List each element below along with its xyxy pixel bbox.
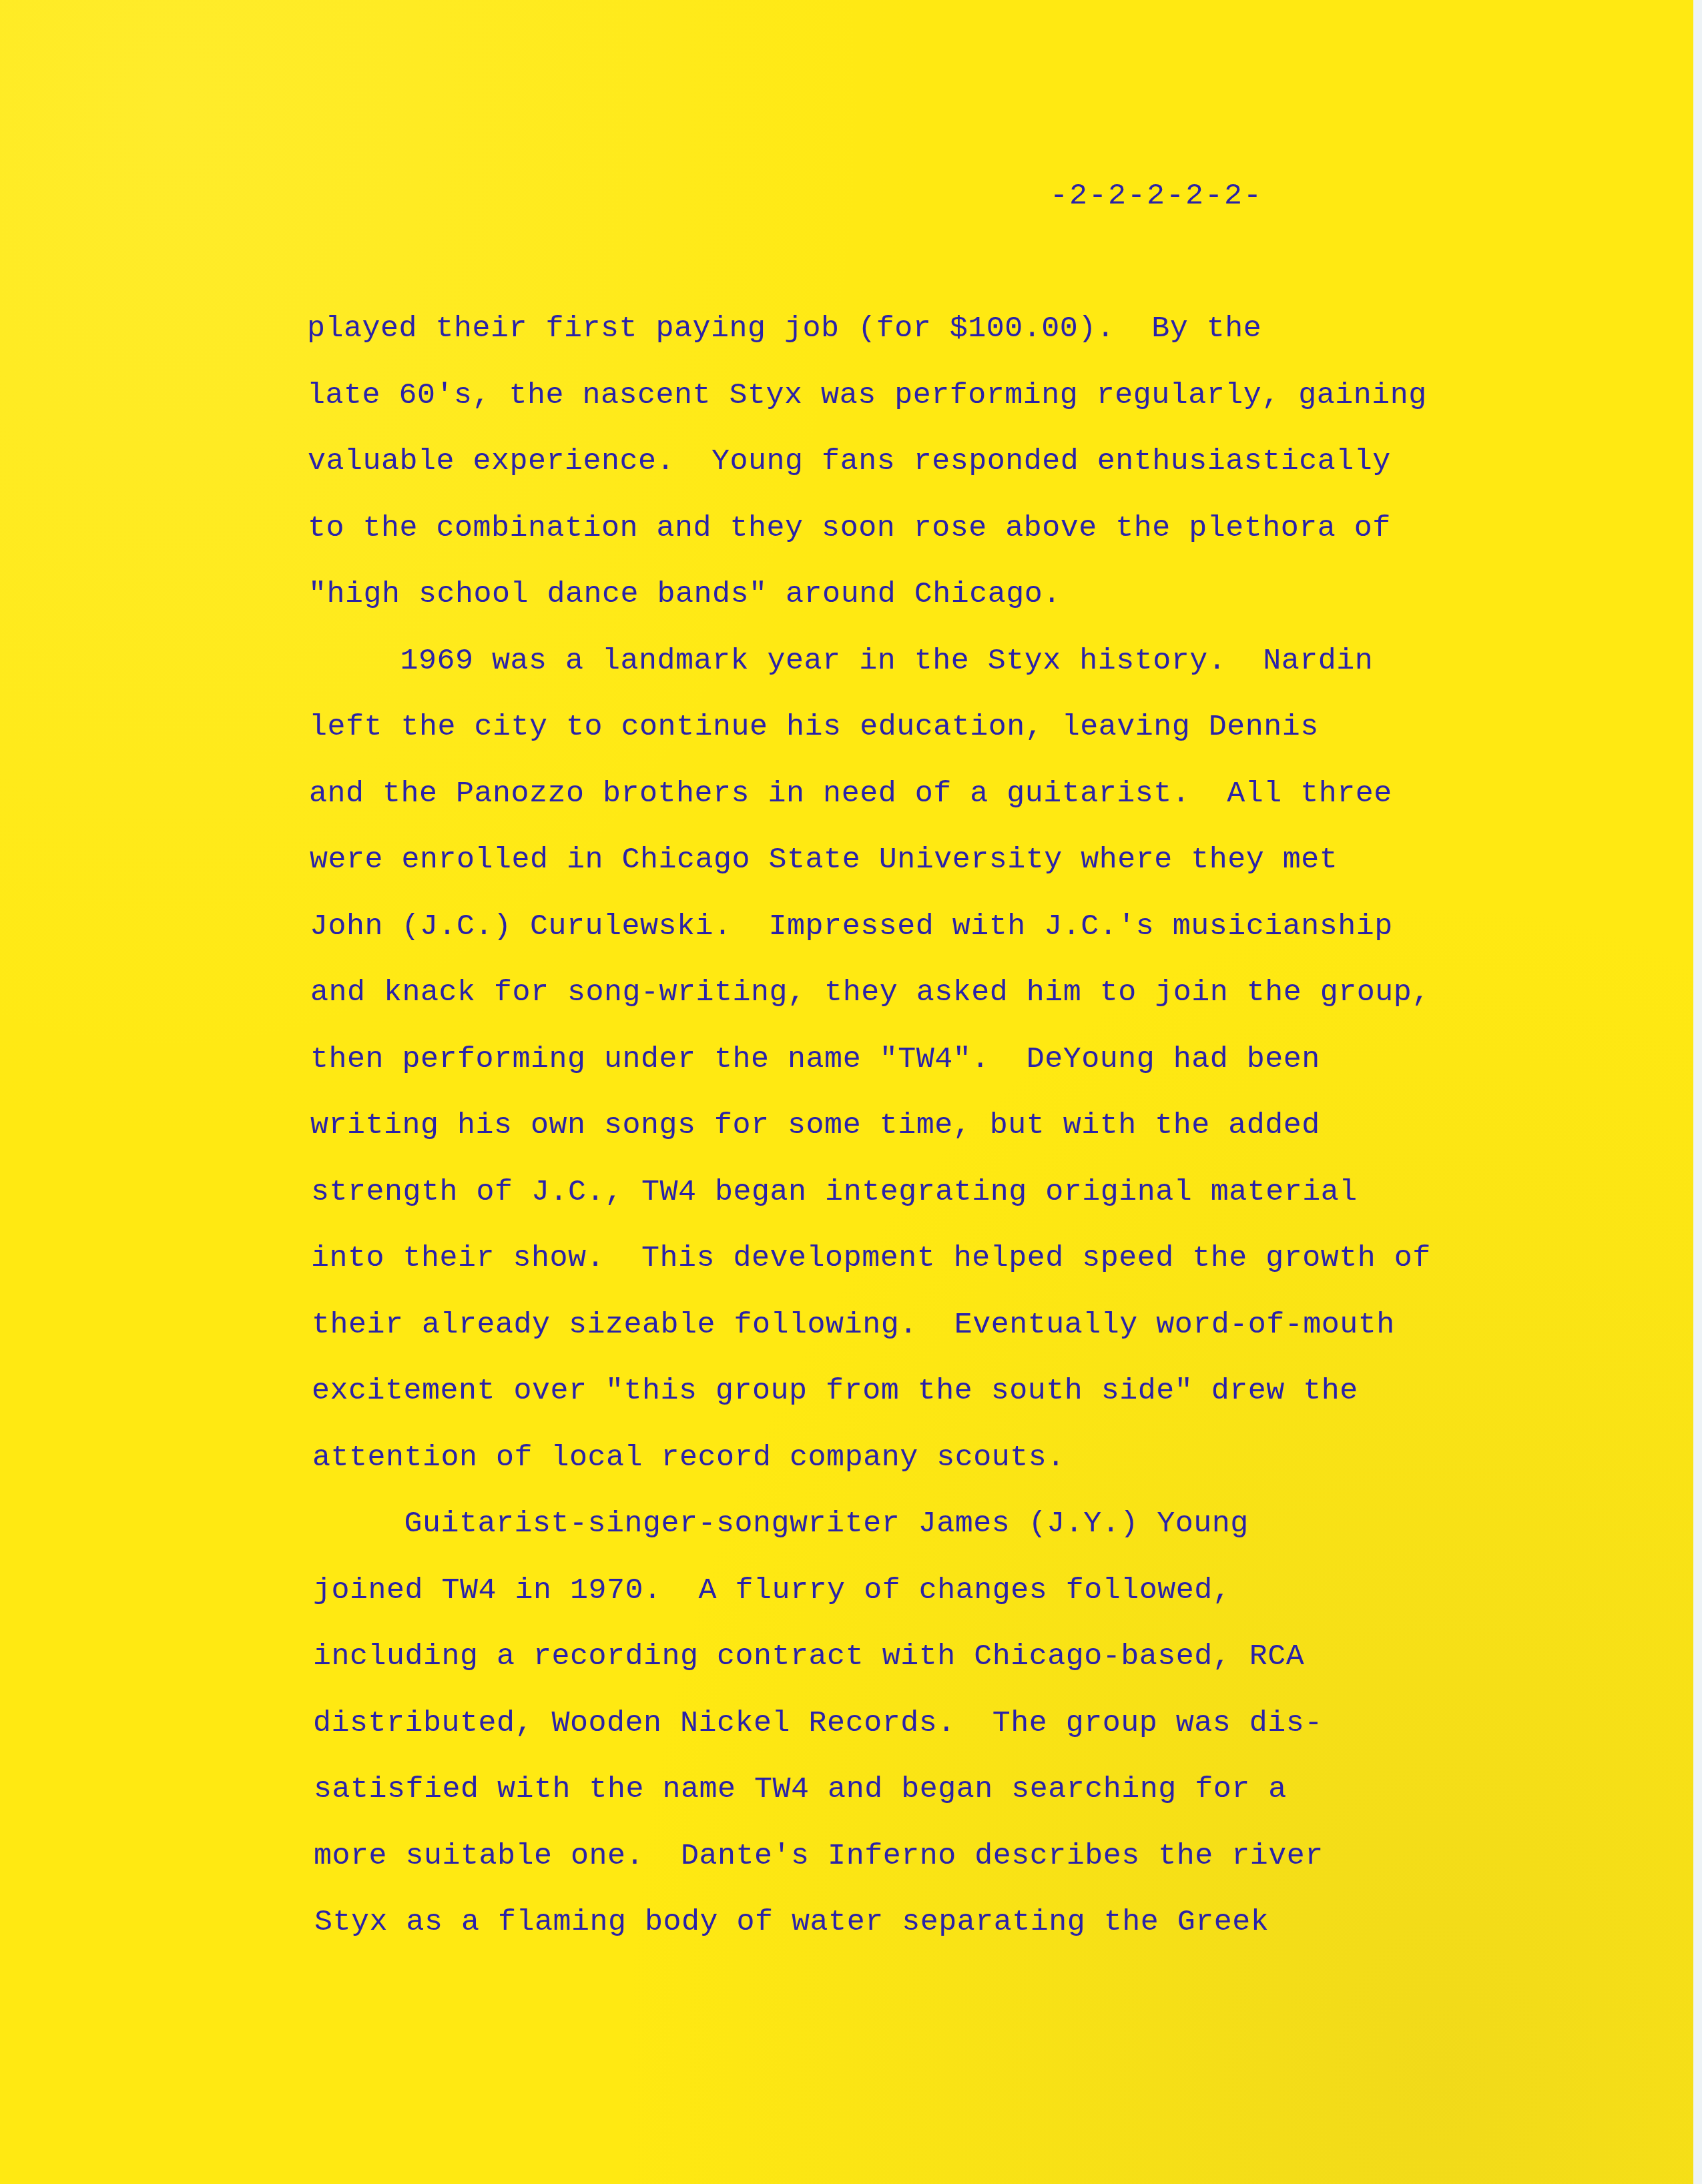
text-line: then performing under the name "TW4". De… — [310, 1044, 1320, 1074]
text-line: John (J.C.) Curulewski. Impressed with J… — [310, 912, 1393, 942]
text-line: and knack for song-writing, they asked h… — [310, 978, 1430, 1008]
text-line: joined TW4 in 1970. A flurry of changes … — [313, 1575, 1231, 1605]
text-line: 1969 was a landmark year in the Styx his… — [308, 646, 1373, 676]
text-line: valuable experience. Young fans responde… — [308, 446, 1391, 476]
text-line: and the Panozzo brothers in need of a gu… — [309, 779, 1392, 809]
document-page: -2-2-2-2-2- played their first paying jo… — [0, 0, 1693, 2184]
text-line: distributed, Wooden Nickel Records. The … — [313, 1708, 1323, 1738]
text-line: were enrolled in Chicago State Universit… — [310, 845, 1338, 875]
text-line: writing his own songs for some time, but… — [310, 1110, 1320, 1140]
text-line: strength of J.C., TW4 began integrating … — [311, 1177, 1358, 1207]
text-line: Styx as a flaming body of water separati… — [314, 1907, 1269, 1937]
text-line: played their first paying job (for $100.… — [307, 314, 1261, 344]
text-line: "high school dance bands" around Chicago… — [308, 579, 1061, 609]
text-line: Guitarist-singer-songwriter James (J.Y.)… — [312, 1509, 1249, 1539]
text-line: attention of local record company scouts… — [312, 1443, 1065, 1473]
text-line: into their show. This development helped… — [311, 1243, 1431, 1273]
text-line: late 60's, the nascent Styx was performi… — [307, 380, 1427, 410]
text-line: more suitable one. Dante's Inferno descr… — [314, 1841, 1324, 1871]
text-line: including a recording contract with Chic… — [313, 1642, 1304, 1672]
text-line: excitement over "this group from the sou… — [312, 1376, 1358, 1406]
page-marker: -2-2-2-2-2- — [1050, 179, 1263, 213]
text-line: to the combination and they soon rose ab… — [308, 513, 1391, 543]
text-line: satisfied with the name TW4 and began se… — [314, 1774, 1287, 1804]
text-line: left the city to continue his education,… — [309, 712, 1319, 742]
text-line: their already sizeable following. Eventu… — [312, 1310, 1395, 1340]
